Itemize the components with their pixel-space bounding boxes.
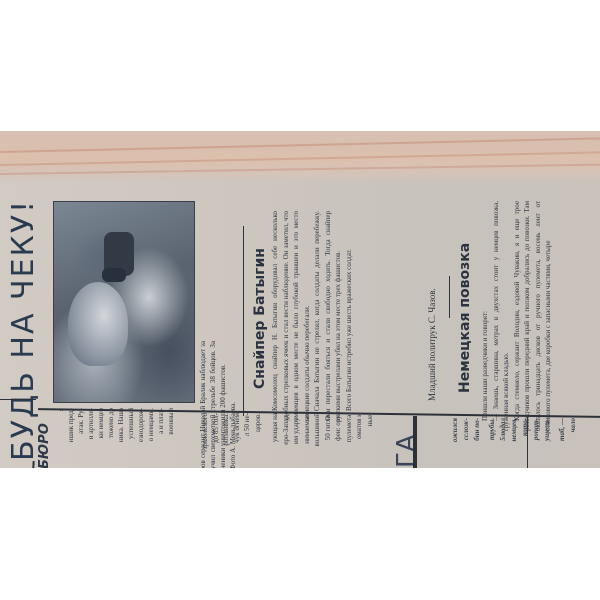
binoculars-shape	[102, 268, 126, 282]
headline-rule	[25, 461, 34, 468]
text-line: феи: ору-	[333, 413, 344, 468]
text-line: им ударом	[291, 413, 302, 468]
text-line: ующая на	[270, 413, 281, 468]
text-line: 50 гитле-	[323, 413, 334, 468]
text-line: я	[56, 408, 66, 468]
text-line: кото-	[520, 418, 531, 468]
title-bar	[413, 416, 417, 468]
text-line: церов.	[253, 413, 264, 468]
text-line: атак. Ру-	[76, 408, 86, 468]
text-line: сслож-	[461, 418, 472, 468]
text-line: успешный	[126, 408, 136, 468]
paragraph: — Знаешь, старшина, метрах в двухстах ст…	[491, 201, 512, 431]
text-line: тожено до	[106, 408, 116, 468]
text-line: и артилле-	[86, 408, 96, 468]
article-title-cart: Немецкая повозка	[457, 243, 473, 393]
section-title-buro: БЮРО	[37, 423, 52, 468]
text-line: таб, —	[557, 418, 568, 468]
sniper-photo	[53, 201, 195, 403]
column-rule	[527, 416, 528, 468]
article-body-cart: Пришли наши разведчики и говорят: — Знае…	[480, 201, 554, 431]
headline: БУДЬ НА ЧЕКУ!	[6, 199, 41, 461]
text-line: о немцами.	[146, 408, 156, 468]
caption-rule	[243, 226, 244, 416]
article-signature: Младший политрук С. Чазов.	[427, 288, 437, 401]
text-line: трубы.	[487, 418, 498, 468]
paragraph: Пришли наши разведчики и говорят:	[480, 201, 491, 431]
text-line: немцев,	[509, 418, 520, 468]
italic-column: ожился сслож- бин по- трубы. 5людал немц…	[450, 418, 579, 468]
paragraph: Сначала Батыгин не стрелял, когда солдат…	[312, 211, 344, 421]
text-line: военным	[166, 408, 176, 468]
text-line: ные.	[365, 413, 376, 468]
text-line: ущест-	[542, 418, 553, 468]
section-title-fragment: ГА	[392, 434, 422, 468]
text-line: а и плат-	[156, 408, 166, 468]
text-line: ншик пред-	[66, 408, 76, 468]
paragraph: Когда стемнело, сержант Володин, ездовой…	[512, 201, 554, 431]
text-line: зражевского	[200, 413, 211, 468]
article-body-sniper: Комсомолец снайпер Н. Батыгин оборудовал…	[270, 211, 354, 421]
text-line: чало	[568, 418, 579, 468]
text-line: ки немцев	[96, 408, 106, 468]
text-line: до 85 сол-	[211, 413, 222, 468]
text-line: бин по-	[472, 418, 483, 468]
section-divider	[0, 399, 36, 400]
paragraph: Комсомолец снайпер Н. Батыгин оборудовал…	[270, 211, 312, 421]
text-line: ожился	[450, 418, 461, 468]
text-line: еро-Запад-	[281, 413, 292, 468]
text-line: пулемета,	[344, 413, 355, 468]
text-line: нимаемых	[302, 413, 313, 468]
text-line: оматов и	[354, 413, 365, 468]
article-title-sniper: Снайпер Батыгин	[252, 248, 268, 389]
text-line: ропот-	[531, 418, 542, 468]
text-line: л 50 не-	[242, 413, 253, 468]
text-line: ника. Наша	[116, 408, 126, 468]
text-line: вольшиной	[312, 413, 323, 468]
helmet-shape	[68, 282, 128, 366]
paragraph: Всего Батыгин истребил уже шесть вражеск…	[344, 211, 355, 421]
lower-column-2: ующая на еро-Запад- им ударом нимаемых в…	[270, 413, 375, 468]
newspaper-photo: БУДЬ НА ЧЕКУ! Воспитатель снайперов серж…	[0, 131, 600, 468]
text-line: чук огнем	[232, 413, 243, 468]
article-separator	[449, 276, 450, 318]
text-line: ротивника.	[221, 413, 232, 468]
text-line: 5людал	[498, 418, 509, 468]
lower-column-1: зражевского до 85 сол- ротивника. чук ог…	[200, 413, 263, 468]
left-column-text: я ншик пред- атак. Ру- и артилле- ки нем…	[56, 408, 176, 468]
text-line: езнодорож-	[136, 408, 146, 468]
